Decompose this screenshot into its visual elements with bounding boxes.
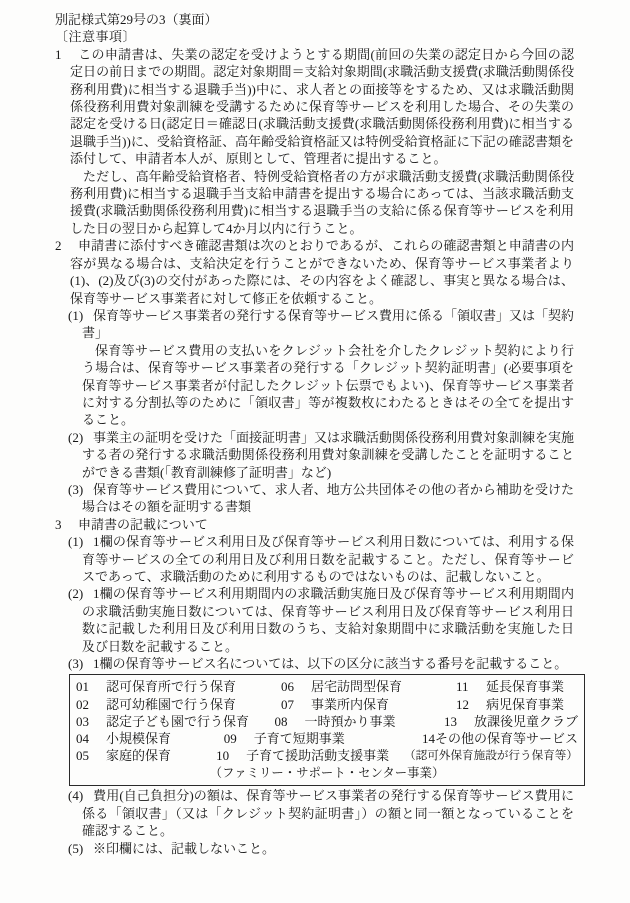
item-2-sub-1: (1)保育等サービス事業者の発行する保育等サービス費用に係る「領収書」又は「契約… (68, 307, 574, 429)
item-2-sub-2-text: 事業主の証明を受けた「面接証明書」又は求職活動関係役務利用費対象訓練を実施する者… (82, 430, 574, 480)
service-name: 事業所内保育 (311, 697, 389, 712)
service-code: 08 (275, 713, 305, 730)
table-cell: 03認定子ども園で行う保育 (76, 713, 275, 730)
table-cell: 11延長保育事業 (456, 678, 578, 695)
service-code: 11 (456, 678, 486, 695)
service-name: 子育て短期事業 (254, 731, 345, 746)
service-name: 認定子ども園で行う保育 (106, 714, 249, 729)
item-1-note-paragraph: ただし、高年齢受給資格者、特例受給資格者の方が求職活動支援費(求職活動関係役務利… (70, 168, 574, 238)
service-code: 10 (216, 747, 246, 764)
item-3-sub-2-text: 1欄の保育等サービス利用期間内の求職活動実施日及び保育等サービス利用期間内の求職… (82, 586, 574, 653)
service-code-table: 01認可保育所で行う保育 06居宅訪問型保育 11延長保育事業 02認可幼稚園で… (69, 674, 585, 786)
table-cell: 10子育て援助活動支援事業 (216, 747, 404, 764)
service-name: 放課後児童クラブ (474, 714, 578, 729)
table-cell: 08一時預かり事業 (275, 713, 444, 730)
item-2-sub-2: (2)事業主の証明を受けた「面接証明書」又は求職活動関係役務利用費対象訓練を実施… (68, 429, 574, 481)
table-row: 03認定子ども園で行う保育 08一時預かり事業 13放課後児童クラブ (76, 713, 578, 730)
table-row: 05家庭的保育 10子育て援助活動支援事業 （認可外保育施設が行う保育等） (76, 747, 578, 764)
table-cell-note: （認可外保育施設が行う保育等） (404, 747, 578, 764)
item-2-sub-3-number: (3) (68, 481, 93, 498)
service-name: 延長保育事業 (486, 679, 564, 694)
service-name: 小規模保育 (106, 731, 171, 746)
document-page: 別記様式第29号の3（裏面） 〔注意事項〕 1この申請書は、失業の認定を受けよう… (0, 0, 630, 903)
item-3-number: 3 (55, 516, 78, 533)
table-footnote: （ファミリー・サポート・センター事業） (76, 764, 578, 781)
item-2-text: 申請書に添付すべき確認書類は次のとおりであるが、これらの確認書類と申請書の内容が… (70, 238, 574, 305)
item-3-sub-1: (1)1欄の保育等サービス利用日及び保育等サービス利用日数については、利用する保… (68, 533, 574, 585)
item-3-sub-4-text: 費用(自己負担分)の額は、保育等サービス事業者の発行する保育等サービス費用に係る… (82, 788, 574, 838)
service-name: 居宅訪問型保育 (311, 679, 402, 694)
notes-heading: 〔注意事項〕 (55, 28, 574, 45)
service-note: （認可外保育施設が行う保育等） (404, 749, 578, 762)
service-name: 家庭的保育 (106, 748, 171, 763)
item-3-sub-3: (3)1欄の保育等サービス名については、以下の区分に該当する番号を記載すること。 (68, 655, 574, 672)
table-row: 01認可保育所で行う保育 06居宅訪問型保育 11延長保育事業 (76, 678, 578, 695)
item-2-sub-1-paragraph: 保育等サービス費用の支払いをクレジット会社を介したクレジット契約により行う場合は… (82, 342, 574, 429)
item-3-sub-3-number: (3) (68, 655, 93, 672)
item-3-sub-3-text: 1欄の保育等サービス名については、以下の区分に該当する番号を記載すること。 (93, 656, 567, 671)
item-2-sub-2-number: (2) (68, 429, 93, 446)
item-3-sub-1-text: 1欄の保育等サービス利用日及び保育等サービス利用日数については、利用する保育等サ… (82, 534, 574, 584)
item-2-sub-3: (3)保育等サービス費用について、求人者、地方公共団体その他の者から補助を受けた… (68, 481, 574, 516)
item-2-sub-1-text: 保育等サービス事業者の発行する保育等サービス費用に係る「領収書」又は「契約書」 (82, 308, 574, 340)
item-3-sub-2-number: (2) (68, 585, 93, 602)
service-name: 病児保育事業 (486, 697, 564, 712)
item-1: 1この申請書は、失業の認定を受けようとする期間(前回の失業の認定日から今回の認定… (55, 46, 574, 237)
table-row: 02認可幼稚園で行う保育 07事業所内保育 12病児保育事業 (76, 696, 578, 713)
service-code: 12 (456, 696, 486, 713)
item-3-sub-5: (5)※印欄には、記載しないこと。 (68, 840, 574, 857)
item-3-sub-5-number: (5) (68, 840, 93, 857)
service-code: 02 (76, 696, 106, 713)
table-cell: 13放課後児童クラブ (444, 713, 578, 730)
service-code: 05 (76, 747, 106, 764)
service-code: 07 (281, 696, 311, 713)
table-cell: 02認可幼稚園で行う保育 (76, 696, 281, 713)
table-cell: 06居宅訪問型保育 (281, 678, 456, 695)
service-code: 06 (281, 678, 311, 695)
service-code: 14 (422, 730, 435, 747)
table-cell: 07事業所内保育 (281, 696, 456, 713)
service-name: 子育て援助活動支援事業 (246, 748, 389, 763)
service-code: 03 (76, 713, 106, 730)
item-1-text: この申請書は、失業の認定を受けようとする期間(前回の失業の認定日から今回の認定日… (70, 47, 574, 166)
table-cell: 01認可保育所で行う保育 (76, 678, 281, 695)
table-cell: 04小規模保育 (76, 730, 224, 747)
item-3-sub-4: (4)費用(自己負担分)の額は、保育等サービス事業者の発行する保育等サービス費用… (68, 787, 574, 839)
item-2-sub-1-number: (1) (68, 307, 93, 324)
item-2-sub-3-text: 保育等サービス費用について、求人者、地方公共団体その他の者から補助を受けた場合は… (82, 482, 574, 514)
service-code: 09 (224, 730, 254, 747)
service-name: 一時預かり事業 (305, 714, 396, 729)
table-cell: 09子育て短期事業 (224, 730, 422, 747)
item-2-number: 2 (55, 237, 78, 254)
service-code: 04 (76, 730, 106, 747)
item-3-sub-5-text: ※印欄には、記載しないこと。 (93, 841, 275, 856)
table-row: 04小規模保育 09子育て短期事業 14その他の保育等サービス (76, 730, 578, 747)
table-cell: 05家庭的保育 (76, 747, 216, 764)
item-3-sub-4-number: (4) (68, 787, 93, 804)
item-1-number: 1 (55, 46, 78, 63)
item-3-sub-1-number: (1) (68, 533, 93, 550)
table-cell: 14その他の保育等サービス (422, 730, 578, 747)
table-cell: 12病児保育事業 (456, 696, 578, 713)
item-2: 2申請書に添付すべき確認書類は次のとおりであるが、これらの確認書類と申請書の内容… (55, 237, 574, 307)
service-name: 認可保育所で行う保育 (106, 679, 236, 694)
item-3-sub-2: (2)1欄の保育等サービス利用期間内の求職活動実施日及び保育等サービス利用期間内… (68, 585, 574, 655)
service-code: 13 (444, 713, 474, 730)
service-name: その他の保育等サービス (435, 731, 578, 746)
service-name: 認可幼稚園で行う保育 (106, 697, 236, 712)
item-3-text: 申請書の記載について (78, 517, 208, 532)
service-code: 01 (76, 678, 106, 695)
form-number: 別記様式第29号の3（裏面） (55, 11, 574, 28)
item-3: 3申請書の記載について (55, 516, 574, 533)
